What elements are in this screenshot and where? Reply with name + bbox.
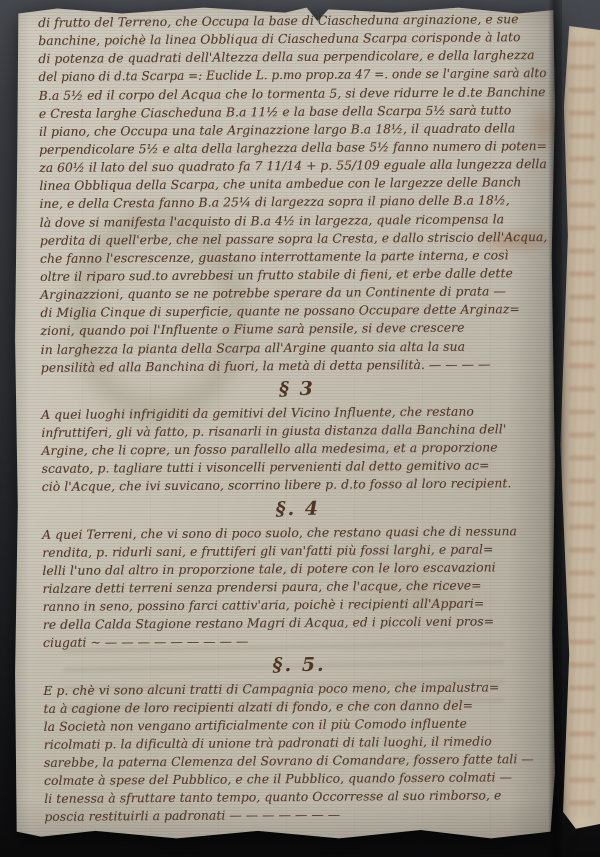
section-lines: di frutto del Terreno, che Occupa la bas…	[38, 10, 553, 377]
text-line: ciò l'Acque, che ivi suvicano, scorrino …	[42, 474, 550, 496]
text-line: ciugati ~ — — — — — — — — —	[43, 630, 551, 652]
manuscript-section: §. 5. E p. chè vi sono alcuni tratti di …	[43, 650, 556, 826]
text-line: poscia restituirli a padronati — — — — —…	[44, 804, 552, 826]
page-shadow-wrapper: di frutto del Terreno, che Occupa la bas…	[0, 0, 600, 857]
adjacent-page-faint-text	[569, 36, 595, 816]
section-heading: § 3	[41, 375, 553, 403]
section-lines: E p. chè vi sono alcuni tratti di Campag…	[43, 677, 556, 826]
manuscript-text: di frutto del Terreno, che Occupa la bas…	[38, 10, 556, 827]
manuscript-section: di frutto del Terreno, che Occupa la bas…	[38, 10, 553, 377]
section-lines: A quei Terreni, che vi sono di poco suol…	[42, 521, 555, 652]
text-line: pensilità ed alla Banchina di fuori, la …	[41, 355, 549, 377]
manuscript-section: § 3 A quei luoghi infrigiditi da gemitiv…	[41, 375, 554, 497]
manuscript-section: §. 4 A quei Terreni, che vi sono di poco…	[42, 494, 555, 652]
section-heading: §. 5.	[43, 650, 555, 678]
section-heading: §. 4	[42, 494, 554, 522]
scanned-book-photo: di frutto del Terreno, che Occupa la bas…	[0, 0, 600, 857]
manuscript-page: di frutto del Terreno, che Occupa la bas…	[14, 6, 556, 840]
section-lines: A quei luoghi infrigiditi da gemitivi de…	[41, 402, 554, 497]
